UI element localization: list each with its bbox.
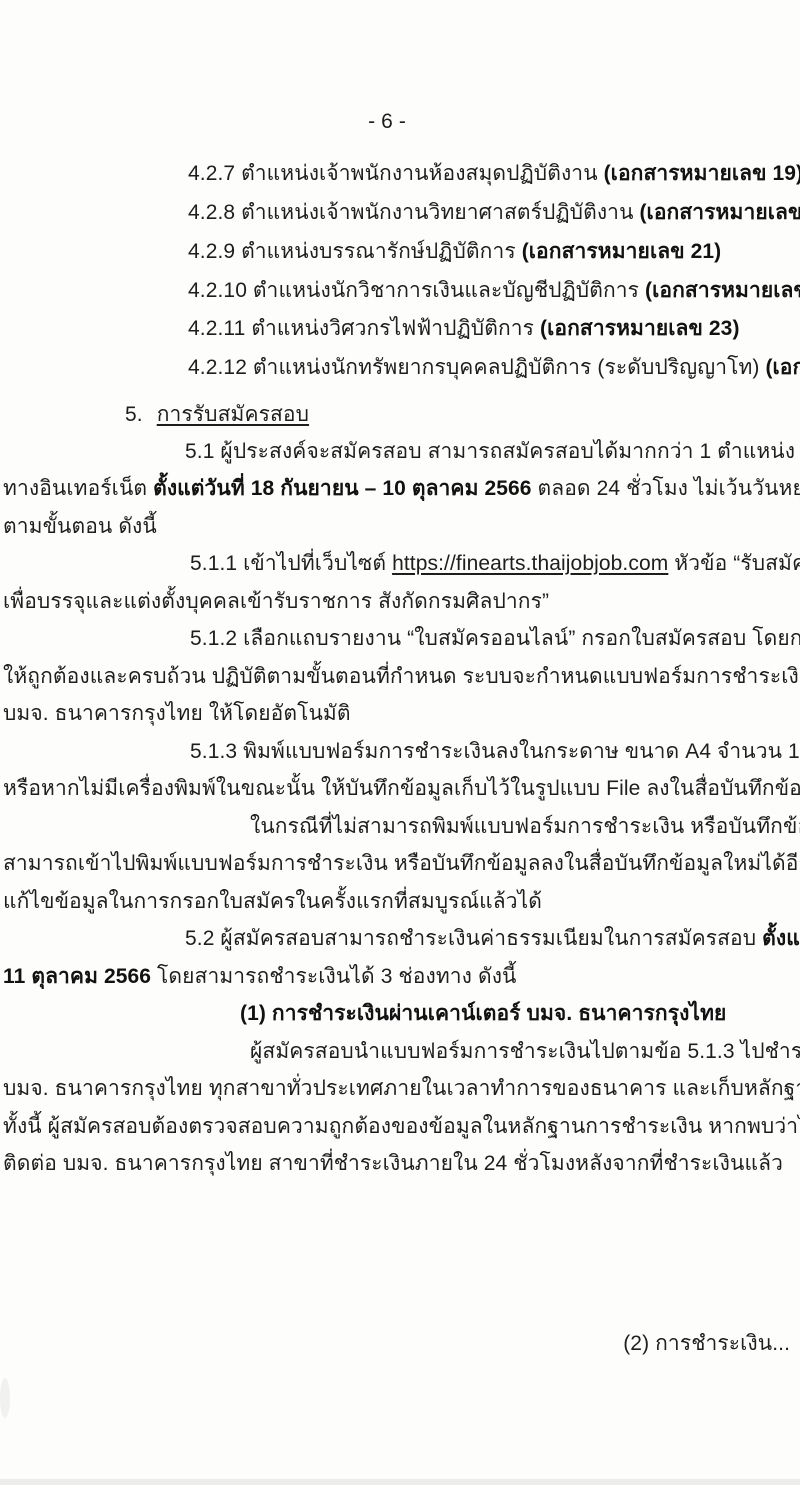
website-url: https://finearts.thaijobjob.com: [392, 552, 668, 575]
paragraph-text: เพื่อบรรจุและแต่งตั้งบุคคลเข้ารับราชการ …: [3, 590, 549, 613]
annex-item-text: 4.2.9 ตำแหน่งบรรณารักษ์ปฏิบัติการ: [188, 240, 522, 263]
annex-item-text: 4.2.11 ตำแหน่งวิศวกรไฟฟ้าปฏิบัติการ: [188, 317, 540, 340]
annex-doc-ref: (เอกสารหมายเลข 20): [639, 201, 800, 224]
annex-item-text: 4.2.7 ตำแหน่งเจ้าพนักงานห้องสมุดปฏิบัติง…: [188, 162, 604, 185]
clause-5-1-3-line2: หรือหากไม่มีเครื่องพิมพ์ในขณะนั้น ให้บัน…: [3, 777, 800, 801]
next-page-catchword: (2) การชำระเงิน...: [623, 1332, 790, 1356]
scan-smudge: [0, 1378, 10, 1418]
clause-5-1-2-line3: บมจ. ธนาคารกรุงไทย ให้โดยอัตโนมัติ: [3, 702, 351, 726]
paragraph-text: 5.2 ผู้สมัครสอบสามารถชำระเงินค่าธรรมเนีย…: [185, 927, 762, 950]
paragraph-text: หรือหากไม่มีเครื่องพิมพ์ในขณะนั้น ให้บัน…: [3, 777, 800, 800]
clause-5-2-line1: 5.2 ผู้สมัครสอบสามารถชำระเงินค่าธรรมเนีย…: [185, 927, 800, 951]
paragraph-text: ติดต่อ บมจ. ธนาคารกรุงไทย สาขาที่ชำระเงิ…: [3, 1152, 783, 1175]
annex-item-4-2-11: 4.2.11 ตำแหน่งวิศวกรไฟฟ้าปฏิบัติการ (เอก…: [188, 317, 740, 341]
clause-5-1-line1: 5.1 ผู้ประสงค์จะสมัครสอบ สามารถสมัครสอบไ…: [185, 440, 800, 464]
paragraph-text: (1) การชำระเงินผ่านเคาน์เตอร์ บมจ. ธนาคา…: [240, 1002, 726, 1025]
paragraph-text: บมจ. ธนาคารกรุงไทย ให้โดยอัตโนมัติ: [3, 702, 351, 725]
annex-doc-ref: (เอกสารหมายเลข 23): [540, 317, 740, 340]
paragraph-text: ให้ถูกต้องและครบถ้วน ปฏิบัติตามขั้นตอนที…: [3, 665, 800, 688]
annex-doc-ref: (เอกสารหมายเลข 19): [604, 162, 800, 185]
note-paragraph-line1: ในกรณีที่ไม่สามารถพิมพ์แบบฟอร์มการชำระเง…: [250, 815, 800, 839]
clause-5-1-3-line1: 5.1.3 พิมพ์แบบฟอร์มการชำระเงินลงในกระดาษ…: [190, 740, 800, 764]
note-paragraph-line3: แก้ไขข้อมูลในการกรอกใบสมัครในครั้งแรกที่…: [3, 890, 542, 914]
clause-5-1-2-line1: 5.1.2 เลือกแถบรายงาน “ใบสมัครออนไลน์” กร…: [190, 627, 800, 651]
annex-item-text: 4.2.8 ตำแหน่งเจ้าพนักงานวิทยาศาสตร์ปฏิบั…: [188, 201, 639, 224]
annex-doc-ref: (เอกสารหมายเลข 24): [765, 356, 800, 379]
paragraph-text: ผู้สมัครสอบนำแบบฟอร์มการชำระเงินไปตามข้อ…: [250, 1040, 800, 1063]
section-5-heading: 5.การรับสมัครสอบ: [125, 403, 309, 427]
payment-channel-1-line3: ทั้งนี้ ผู้สมัครสอบต้องตรวจสอบความถูกต้อ…: [3, 1115, 800, 1139]
payment-channel-1-line2: บมจ. ธนาคารกรุงไทย ทุกสาขาทั่วประเทศภายใ…: [3, 1077, 800, 1101]
annex-item-4-2-10: 4.2.10 ตำแหน่งนักวิชาการเงินและบัญชีปฏิบ…: [188, 279, 800, 303]
paragraph-text: ทั้งนี้ ผู้สมัครสอบต้องตรวจสอบความถูกต้อ…: [3, 1115, 800, 1138]
page-number: - 6 -: [0, 110, 800, 134]
paragraph-text: ในกรณีที่ไม่สามารถพิมพ์แบบฟอร์มการชำระเง…: [250, 815, 800, 838]
annex-item-4-2-8: 4.2.8 ตำแหน่งเจ้าพนักงานวิทยาศาสตร์ปฏิบั…: [188, 201, 800, 225]
payment-channel-1-line1: ผู้สมัครสอบนำแบบฟอร์มการชำระเงินไปตามข้อ…: [250, 1040, 800, 1064]
paragraph-text: ทางอินเทอร์เน็ต: [3, 477, 153, 500]
paragraph-text: 5.1.3 พิมพ์แบบฟอร์มการชำระเงินลงในกระดาษ…: [190, 740, 800, 763]
annex-item-4-2-9: 4.2.9 ตำแหน่งบรรณารักษ์ปฏิบัติการ (เอกสา…: [188, 240, 721, 264]
paragraph-text: ตลอด 24 ชั่วโมง ไม่เว้นวันหยุดราชการ: [532, 477, 800, 500]
annex-doc-ref: (เอกสารหมายเลข 22): [645, 279, 800, 302]
payment-period-dates: 11 ตุลาคม 2566: [3, 965, 157, 988]
scan-edge-artifact: [0, 1479, 800, 1485]
document-page: - 6 - 4.2.7 ตำแหน่งเจ้าพนักงานห้องสมุดปฏ…: [0, 0, 800, 1485]
paragraph-text: บมจ. ธนาคารกรุงไทย ทุกสาขาทั่วประเทศภายใ…: [3, 1077, 800, 1100]
section-5-number: 5.: [125, 403, 143, 426]
section-5-title: การรับสมัครสอบ: [157, 403, 309, 426]
annex-item-text: 4.2.12 ตำแหน่งนักทรัพยากรบุคคลปฏิบัติการ…: [188, 356, 765, 379]
annex-item-text: 4.2.10 ตำแหน่งนักวิชาการเงินและบัญชีปฏิบ…: [188, 279, 645, 302]
paragraph-text: หัวข้อ “รับสมัครสอบแข่งขัน: [668, 552, 800, 575]
annex-item-4-2-7: 4.2.7 ตำแหน่งเจ้าพนักงานห้องสมุดปฏิบัติง…: [188, 162, 800, 186]
annex-doc-ref: (เอกสารหมายเลข 21): [522, 240, 722, 263]
paragraph-text: 5.1 ผู้ประสงค์จะสมัครสอบ สามารถสมัครสอบไ…: [185, 440, 800, 463]
paragraph-text: ตามขั้นตอน ดังนี้: [3, 515, 157, 538]
clause-5-1-line3: ตามขั้นตอน ดังนี้: [3, 515, 157, 539]
annex-item-4-2-12: 4.2.12 ตำแหน่งนักทรัพยากรบุคคลปฏิบัติการ…: [188, 356, 800, 380]
paragraph-text: โดยสามารถชำระเงินได้ 3 ช่องทาง ดังนี้: [157, 965, 517, 988]
paragraph-text: 5.1.1 เข้าไปที่เว็บไซต์: [190, 552, 392, 575]
note-paragraph-line2: สามารถเข้าไปพิมพ์แบบฟอร์มการชำระเงิน หรื…: [3, 852, 800, 876]
clause-5-1-1-line1: 5.1.1 เข้าไปที่เว็บไซต์ https://finearts…: [190, 552, 800, 576]
clause-5-1-1-line2: เพื่อบรรจุและแต่งตั้งบุคคลเข้ารับราชการ …: [3, 590, 549, 614]
paragraph-text: สามารถเข้าไปพิมพ์แบบฟอร์มการชำระเงิน หรื…: [3, 852, 800, 875]
catchword-text: (2) การชำระเงิน...: [623, 1332, 790, 1355]
payment-period-dates: ตั้งแต่วันที่ 18 กันยายน –: [762, 927, 800, 950]
clause-5-2-line2: 11 ตุลาคม 2566 โดยสามารถชำระเงินได้ 3 ช่…: [3, 965, 517, 989]
application-period-dates: ตั้งแต่วันที่ 18 กันยายน – 10 ตุลาคม 256…: [153, 477, 532, 500]
clause-5-1-line2: ทางอินเทอร์เน็ต ตั้งแต่วันที่ 18 กันยายน…: [3, 477, 800, 501]
paragraph-text: 5.1.2 เลือกแถบรายงาน “ใบสมัครออนไลน์” กร…: [190, 627, 800, 650]
clause-5-1-2-line2: ให้ถูกต้องและครบถ้วน ปฏิบัติตามขั้นตอนที…: [3, 665, 800, 689]
paragraph-text: แก้ไขข้อมูลในการกรอกใบสมัครในครั้งแรกที่…: [3, 890, 542, 913]
payment-channel-1-line4: ติดต่อ บมจ. ธนาคารกรุงไทย สาขาที่ชำระเงิ…: [3, 1152, 783, 1176]
payment-channel-1-heading: (1) การชำระเงินผ่านเคาน์เตอร์ บมจ. ธนาคา…: [240, 1002, 726, 1026]
